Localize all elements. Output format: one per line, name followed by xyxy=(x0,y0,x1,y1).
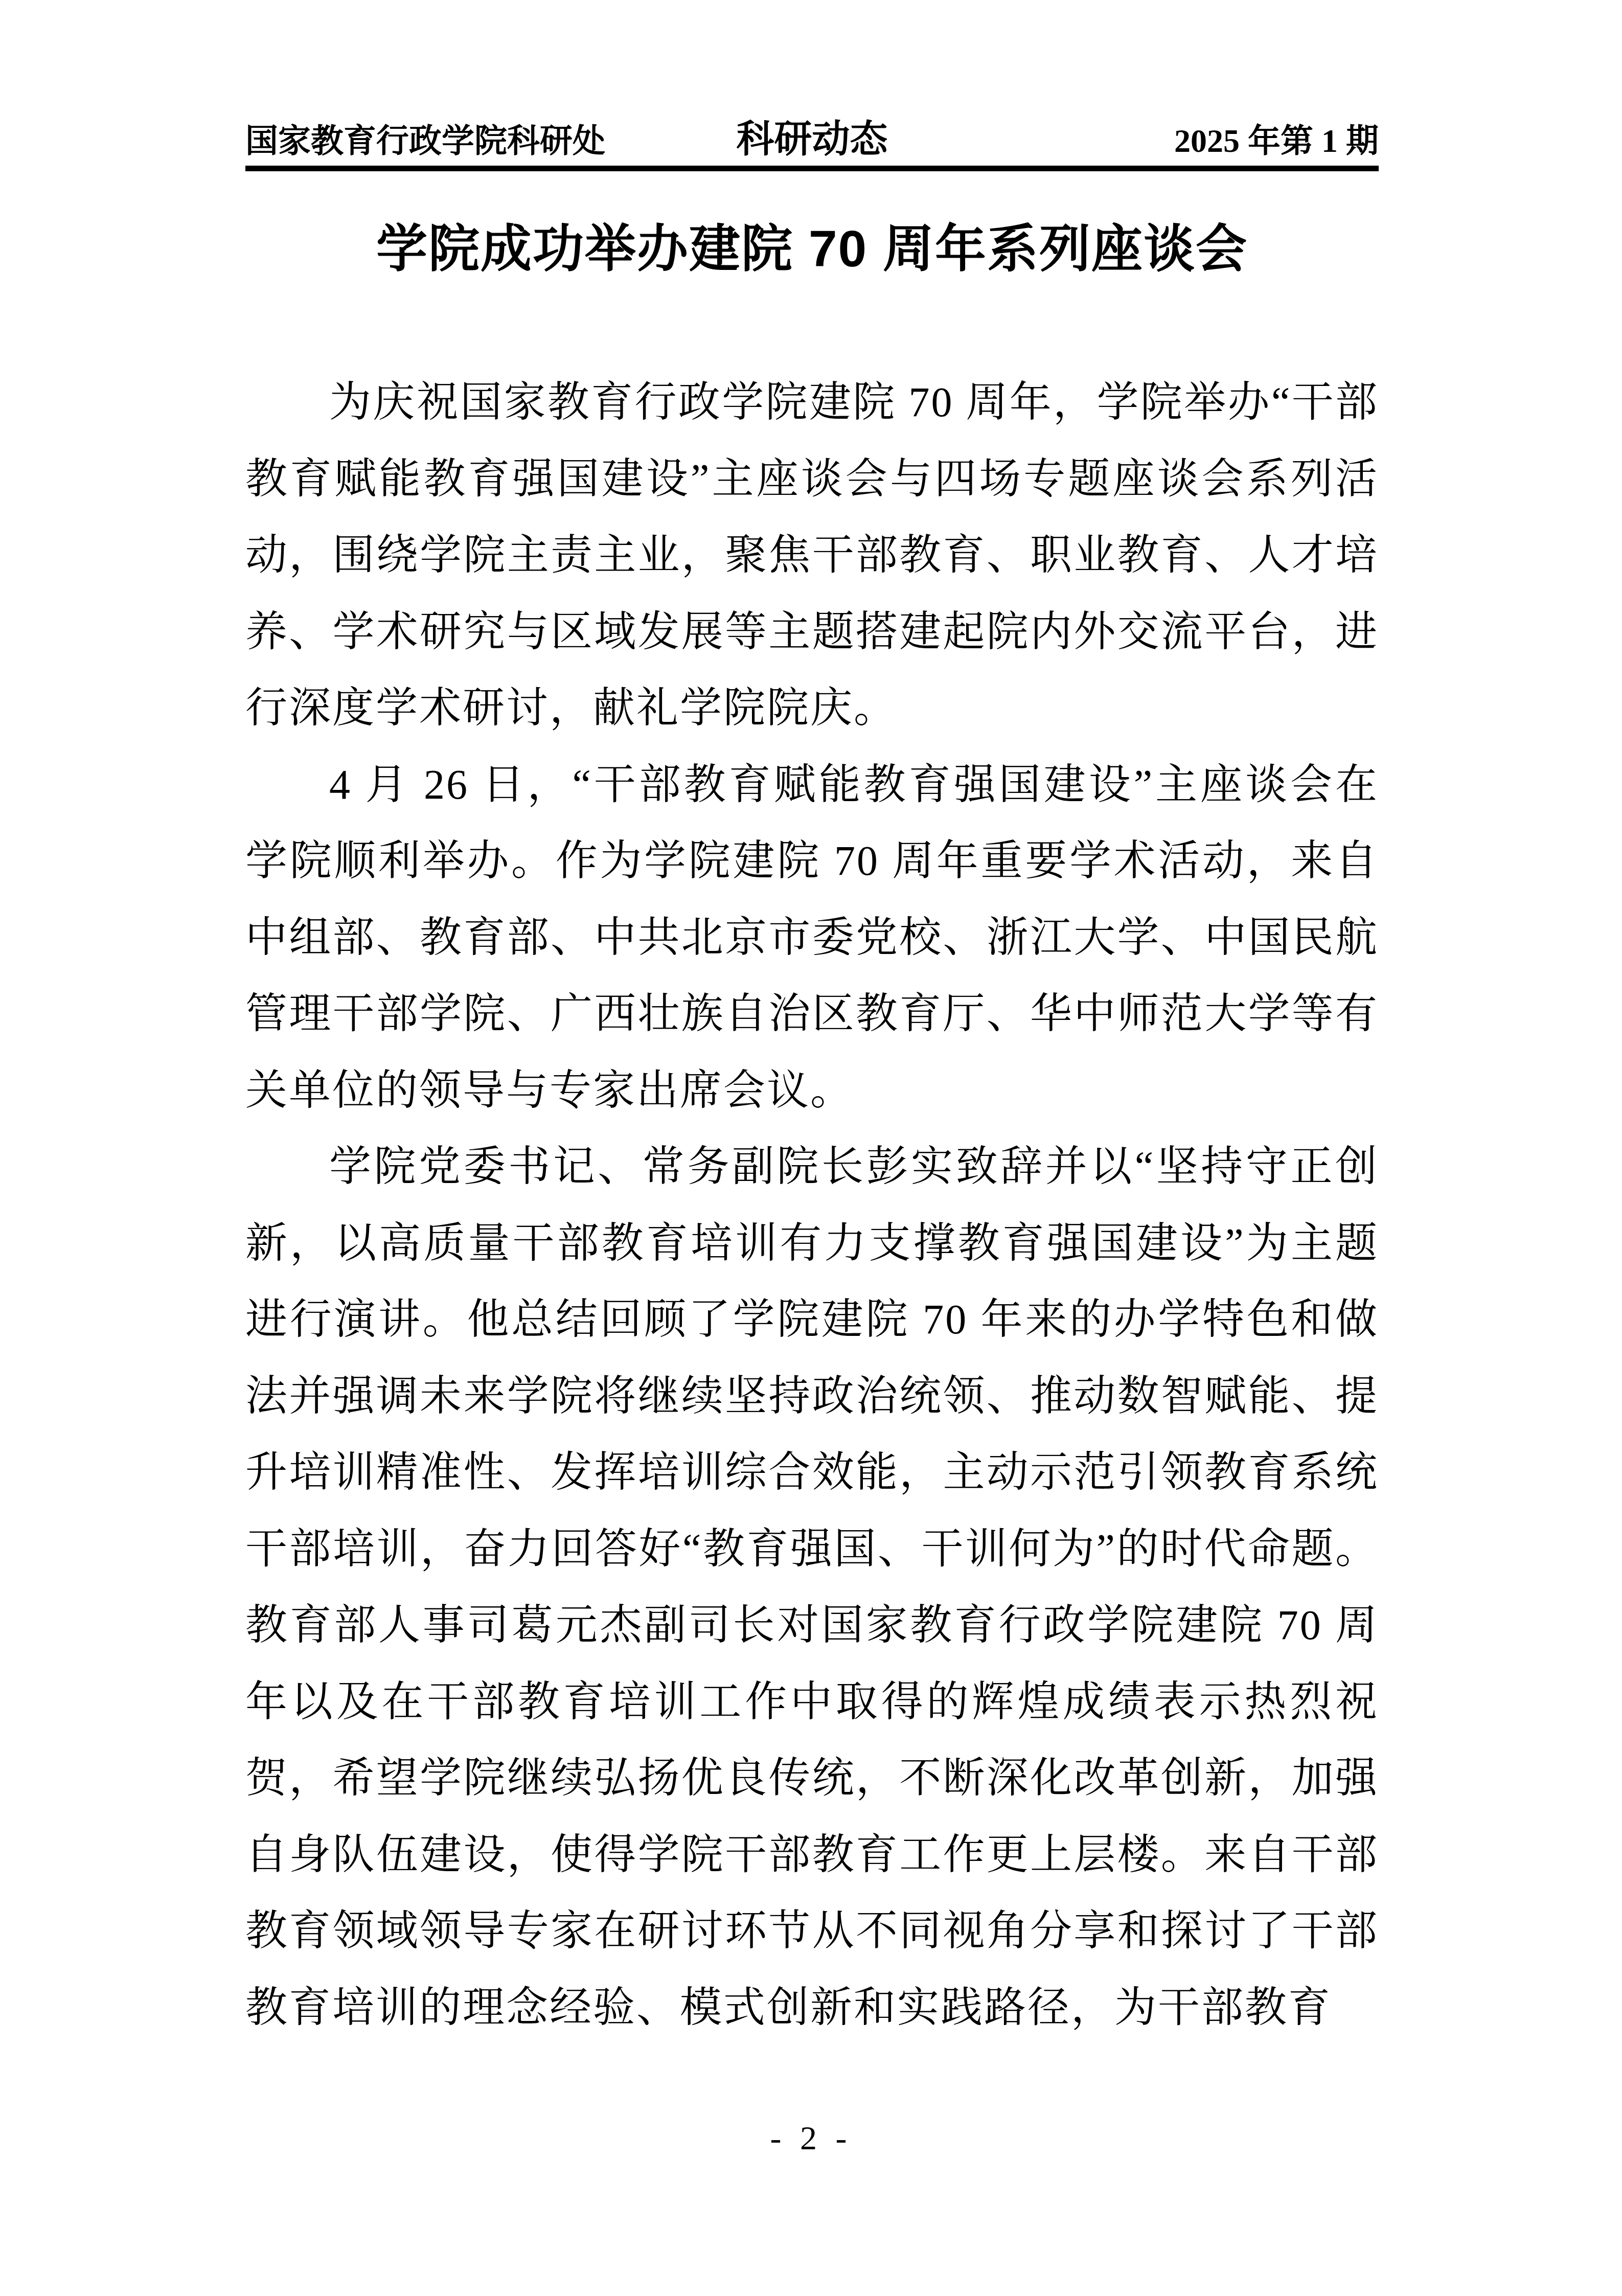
header-organization: 国家教育行政学院科研处 xyxy=(245,125,605,157)
document-page: 国家教育行政学院科研处 科研动态 2025 年第 1 期 学院成功举办建院 70… xyxy=(0,0,1622,2296)
body-paragraph-1: 为庆祝国家教育行政学院建院 70 周年，学院举办“干部教育赋能教育强国建设”主座… xyxy=(245,364,1379,746)
body-paragraph-3: 学院党委书记、常务副院长彭实致辞并以“坚持守正创新，以高质量干部教育培训有力支撑… xyxy=(245,1128,1379,2045)
header-publication-name: 科研动态 xyxy=(737,121,888,158)
article-title: 学院成功举办建院 70 周年系列座谈会 xyxy=(245,222,1379,276)
text-block: 国家教育行政学院科研处 科研动态 2025 年第 1 期 学院成功举办建院 70… xyxy=(245,0,1379,2045)
page-footer: - 2 - xyxy=(0,2122,1622,2155)
article-body: 为庆祝国家教育行政学院建院 70 周年，学院举办“干部教育赋能教育强国建设”主座… xyxy=(245,364,1379,2045)
running-head: 国家教育行政学院科研处 科研动态 2025 年第 1 期 xyxy=(245,0,1379,158)
body-paragraph-2: 4 月 26 日，“干部教育赋能教育强国建设”主座谈会在学院顺利举办。作为学院建… xyxy=(245,746,1379,1129)
header-divider-rule xyxy=(245,166,1379,171)
page-number: - 2 - xyxy=(770,2120,852,2157)
header-issue-info: 2025 年第 1 期 xyxy=(1174,125,1379,157)
